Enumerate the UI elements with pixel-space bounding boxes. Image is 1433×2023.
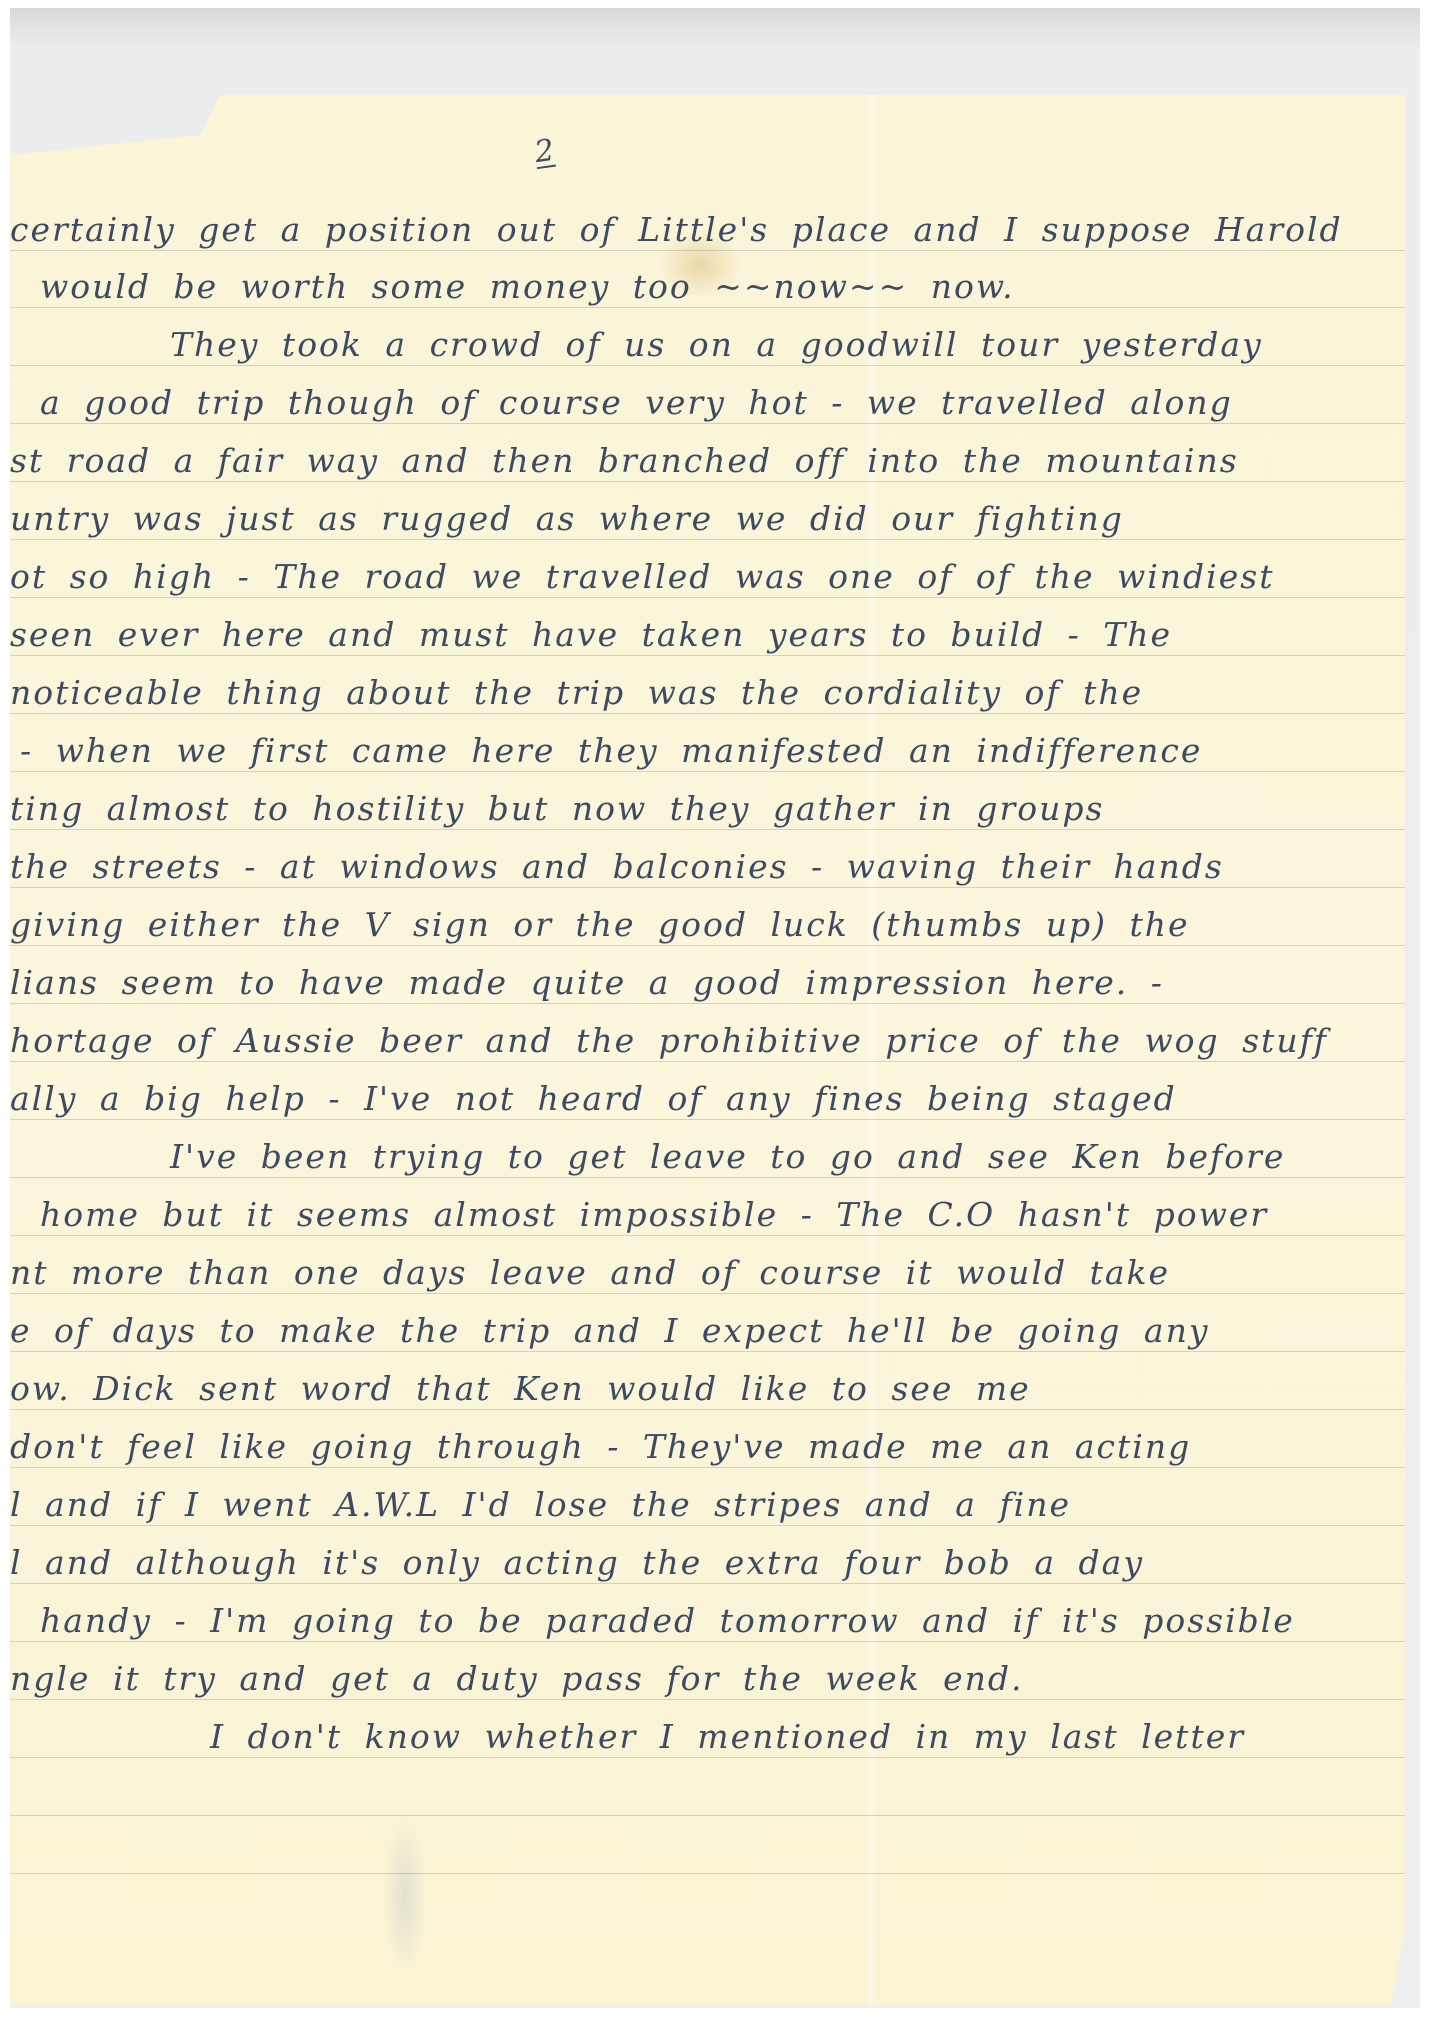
handwritten-line: seen ever here and must have taken years… [10,615,1390,655]
ruled-line [10,1467,1405,1468]
handwritten-line: hortage of Aussie beer and the prohibiti… [10,1021,1390,1061]
handwritten-line: ally a big help - I've not heard of any … [10,1079,1390,1119]
ruled-line [10,1003,1405,1004]
page-number: 2 [533,137,556,169]
ruled-line [10,771,1405,772]
ruled-line [10,945,1405,946]
ruled-line [10,539,1405,540]
ruled-line [10,1177,1405,1178]
handwritten-line: e of days to make the trip and I expect … [10,1311,1390,1351]
handwritten-line: would be worth some money too ~~now~~ no… [40,267,1420,307]
ruled-line [10,597,1405,598]
handwritten-line: l and if I went A.W.L I'd lose the strip… [10,1485,1390,1525]
ruled-line [10,365,1405,366]
handwritten-line: nt more than one days leave and of cours… [10,1253,1390,1293]
ruled-line [10,1757,1405,1758]
ruled-line [10,423,1405,424]
handwritten-line: They took a crowd of us on a goodwill to… [10,325,1433,365]
handwritten-line: a good trip though of course very hot - … [40,383,1420,423]
handwritten-line: giving either the V sign or the good luc… [10,905,1390,945]
handwritten-line: don't feel like going through - They've … [10,1427,1390,1467]
ruled-line [10,1699,1405,1700]
ruled-line [10,1061,1405,1062]
handwritten-line: ot so high - The road we travelled was o… [10,557,1390,597]
handwritten-line: ngle it try and get a duty pass for the … [10,1659,1390,1699]
ruled-line [10,1583,1405,1584]
handwritten-line: l and although it's only acting the extr… [10,1543,1390,1583]
ruled-line [10,1525,1405,1526]
ruled-line [10,481,1405,482]
handwritten-line: home but it seems almost impossible - Th… [40,1195,1420,1235]
handwritten-line: noticeable thing about the trip was the … [10,673,1390,713]
handwritten-line: ting almost to hostility but now they ga… [10,789,1390,829]
ruled-line [10,307,1405,308]
ruled-line [10,1119,1405,1120]
handwritten-line: st road a fair way and then branched off… [10,441,1390,481]
ruled-line [10,713,1405,714]
ruled-line [10,1351,1405,1352]
ruled-line [10,829,1405,830]
ruled-line [10,887,1405,888]
ruled-line [10,1293,1405,1294]
handwritten-line: lians seem to have made quite a good imp… [10,963,1390,1003]
ruled-line [10,250,1405,251]
handwritten-line: I don't know whether I mentioned in my l… [10,1717,1433,1757]
handwritten-line: untry was just as rugged as where we did… [10,499,1390,539]
handwritten-line: ow. Dick sent word that Ken would like t… [10,1369,1390,1409]
ruled-line [10,1641,1405,1642]
ruled-line [10,1409,1405,1410]
handwritten-line: the streets - at windows and balconies -… [10,847,1390,887]
ruled-line [10,655,1405,656]
handwritten-line: certainly get a position out of Little's… [10,210,1390,250]
ruled-line [10,1873,1405,1874]
handwritten-line: I've been trying to get leave to go and … [10,1137,1433,1177]
handwritten-line: - when we first came here they manifeste… [20,731,1400,771]
ruled-line [10,1815,1405,1816]
handwritten-line: handy - I'm going to be paraded tomorrow… [40,1601,1420,1641]
ruled-line [10,1235,1405,1236]
